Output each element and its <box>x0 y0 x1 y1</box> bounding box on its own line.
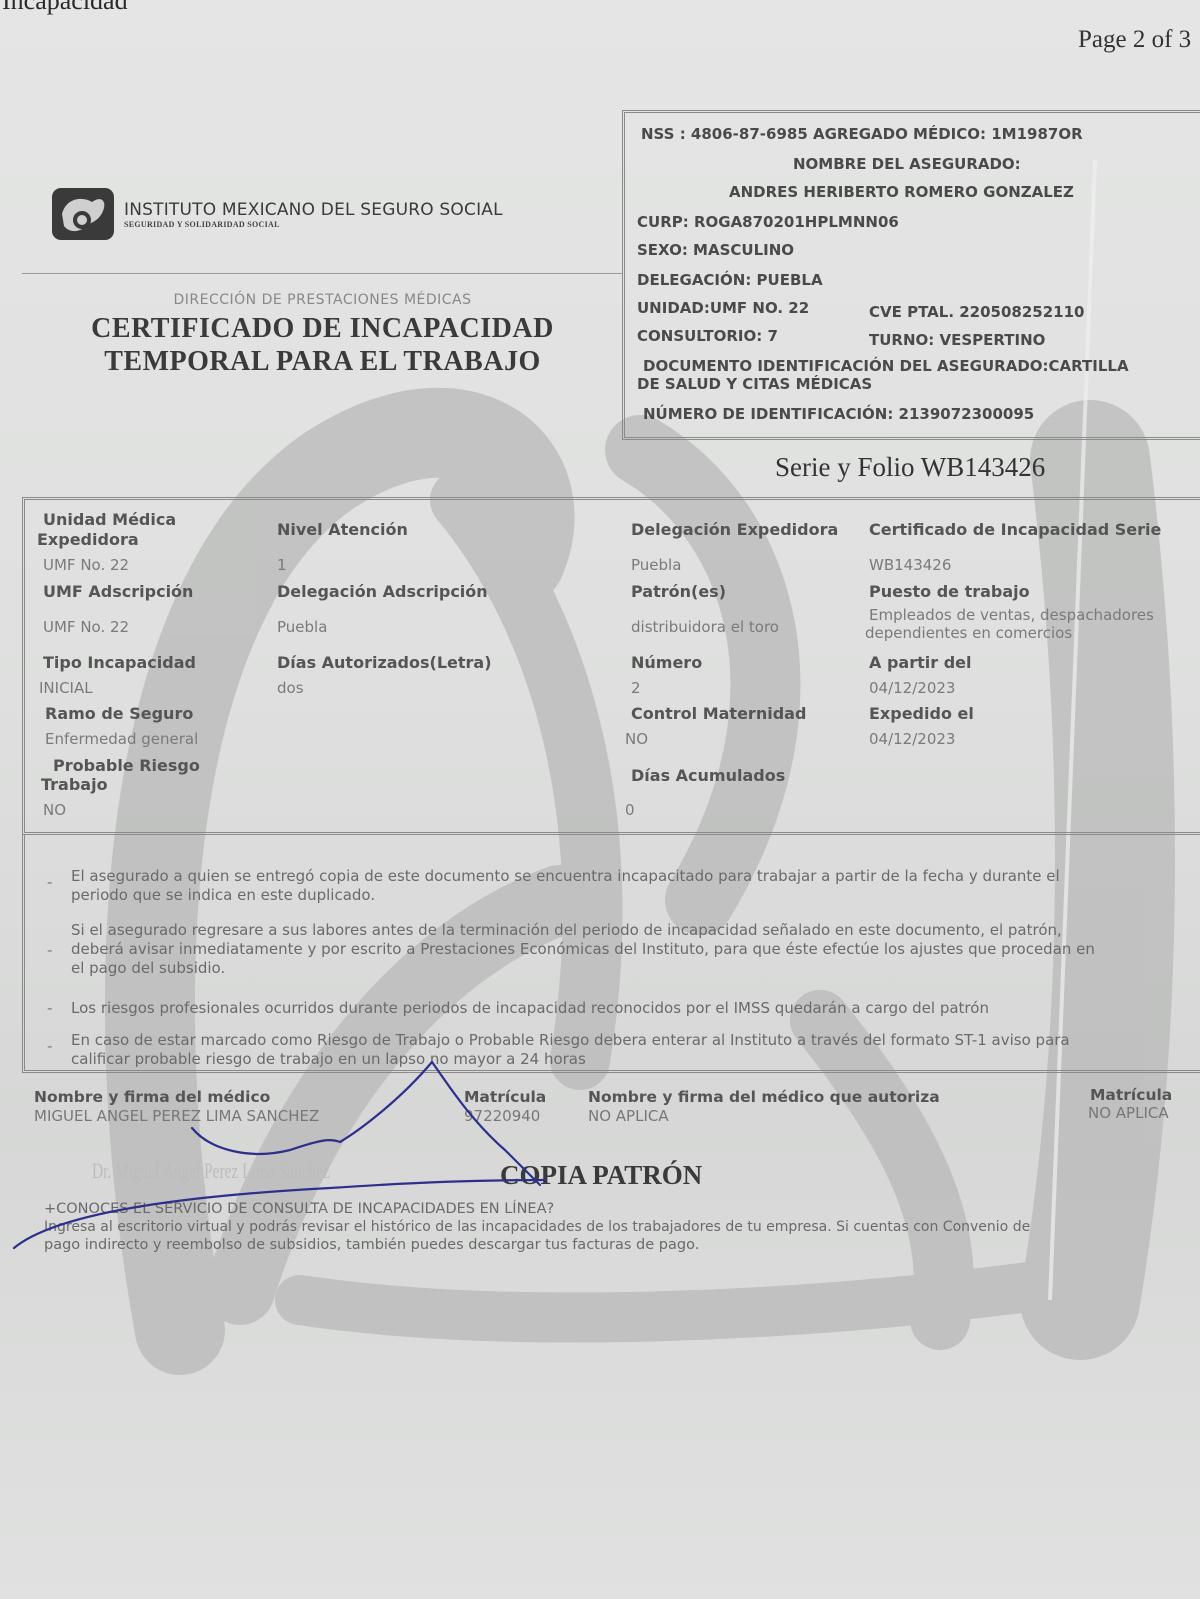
patron-label: Patrón(es) <box>631 582 726 601</box>
dias-acumulados-value: 0 <box>625 801 635 819</box>
institution-motto: SEGURIDAD Y SOLIDARIDAD SOCIAL <box>124 220 503 229</box>
turno: TURNO: VESPERTINO <box>869 331 1045 349</box>
cve-ptal: CVE PTAL. 220508252110 <box>869 303 1084 321</box>
title-line-2: TEMPORAL PARA EL TRABAJO <box>0 345 645 378</box>
expedido-label: Expedido el <box>869 704 974 723</box>
tipo-incapacidad-value: INICIAL <box>39 679 93 697</box>
numero-value: 2 <box>631 679 641 697</box>
insured-name: ANDRES HERIBERTO ROMERO GONZALEZ <box>729 183 1074 201</box>
delegacion-adscripcion-label: Delegación Adscripción <box>277 582 488 601</box>
delegacion: DELEGACIÓN: PUEBLA <box>637 271 823 289</box>
page-indicator: Page 2 of 3 <box>1078 26 1191 54</box>
imss-eagle-icon <box>52 188 114 240</box>
cert-serie-label: Certificado de Incapacidad Serie <box>869 520 1161 539</box>
delegacion-adscripcion-value: Puebla <box>277 618 327 636</box>
puesto-label: Puesto de trabajo <box>869 582 1030 601</box>
riesgo-label-2: Trabajo <box>41 775 108 794</box>
matricula-label: Matrícula <box>464 1088 546 1106</box>
dias-letra-value: dos <box>277 679 304 697</box>
institution-name: INSTITUTO MEXICANO DEL SEGURO SOCIAL <box>124 200 503 220</box>
promo-line-2: Ingresa al escritorio virtual y podrás r… <box>44 1218 1030 1236</box>
medico-autoriza-label: Nombre y firma del médico que autoriza <box>588 1088 940 1106</box>
unidad-medica-label-1: Unidad Médica <box>43 510 176 529</box>
curp: CURP: ROGA870201HPLMNN06 <box>637 213 899 231</box>
nss-line: NSS : 4806-87-6985 AGREGADO MÉDICO: 1M19… <box>641 125 1083 143</box>
delegacion-expedidora-value: Puebla <box>631 556 681 574</box>
note-2: Si el asegurado regresare a sus labores … <box>71 921 1181 978</box>
umf-adscripcion-label: UMF Adscripción <box>43 582 193 601</box>
promo-line-3: pago indirecto y reembolso de subsidios,… <box>44 1236 699 1254</box>
insured-name-label: NOMBRE DEL ASEGURADO: <box>793 155 1021 173</box>
puesto-value-line-1: Empleados de ventas, despachadores <box>869 606 1154 624</box>
control-maternidad-label: Control Maternidad <box>631 704 806 723</box>
expedido-value: 04/12/2023 <box>869 730 955 748</box>
imss-logo: INSTITUTO MEXICANO DEL SEGURO SOCIAL SEG… <box>52 188 503 240</box>
unidad-medica-label-2: Expedidora <box>37 530 139 549</box>
dias-acumulados-label: Días Acumulados <box>631 766 785 785</box>
patron-value: distribuidora el toro <box>631 618 779 636</box>
matricula-2-value: NO APLICA <box>1088 1104 1169 1122</box>
direction-label: DIRECCIÓN DE PRESTACIONES MÉDICAS <box>0 292 645 308</box>
copy-label: COPIA PATRÓN <box>500 1160 702 1191</box>
dias-letra-label: Días Autorizados(Letra) <box>277 653 492 672</box>
nivel-atencion-value: 1 <box>277 556 287 574</box>
header-divider <box>22 273 622 274</box>
ramo-value: Enfermedad general <box>45 730 198 748</box>
umf-adscripcion-value: UMF No. 22 <box>43 618 129 636</box>
documento-line-2: DE SALUD Y CITAS MÉDICAS <box>637 375 872 393</box>
unidad-medica-value: UMF No. 22 <box>43 556 129 574</box>
title-line-1: CERTIFICADO DE INCAPACIDAD <box>0 312 645 345</box>
nivel-atencion-label: Nivel Atención <box>277 520 408 539</box>
medico-autoriza-value: NO APLICA <box>588 1107 669 1125</box>
riesgo-label-1: Probable Riesgo <box>53 756 200 775</box>
unidad: UNIDAD:UMF NO. 22 <box>637 299 809 317</box>
notes-section: - El asegurado a quien se entregó copia … <box>22 835 1200 1073</box>
numero-identificacion: NÚMERO DE IDENTIFICACIÓN: 2139072300095 <box>643 405 1034 423</box>
insured-info-box: NSS : 4806-87-6985 AGREGADO MÉDICO: 1M19… <box>622 110 1200 440</box>
numero-label: Número <box>631 653 702 672</box>
a-partir-label: A partir del <box>869 653 971 672</box>
document-heading: Incapacidad <box>2 0 128 16</box>
control-maternidad-value: NO <box>625 730 648 748</box>
doctor-stamp: Dr. Miguel Angel Perez Lima Sanchez <box>92 1158 330 1184</box>
note-4: En caso de estar marcado como Riesgo de … <box>71 1031 1181 1069</box>
consultorio: CONSULTORIO: 7 <box>637 327 778 345</box>
promo-line-1: +CONOCES EL SERVICIO DE CONSULTA DE INCA… <box>44 1200 554 1218</box>
delegacion-expedidora-label: Delegación Expedidora <box>631 520 838 539</box>
medico-label: Nombre y firma del médico <box>34 1088 270 1106</box>
certificate-title: CERTIFICADO DE INCAPACIDAD TEMPORAL PARA… <box>0 312 645 378</box>
documento-line-1: DOCUMENTO IDENTIFICACIÓN DEL ASEGURADO:C… <box>643 357 1129 375</box>
certificate-fields: Unidad Médica Expedidora UMF No. 22 Nive… <box>22 497 1200 835</box>
note-1: El asegurado a quien se entregó copia de… <box>71 867 1181 905</box>
sexo: SEXO: MASCULINO <box>637 241 794 259</box>
medico-name: MIGUEL ANGEL PEREZ LIMA SANCHEZ <box>34 1107 319 1125</box>
matricula-2-label: Matrícula <box>1090 1086 1172 1104</box>
puesto-value-line-2: dependientes en comercios <box>865 624 1072 642</box>
serie-folio: Serie y Folio WB143426 <box>775 452 1045 483</box>
riesgo-value: NO <box>43 801 66 819</box>
note-3: Los riesgos profesionales ocurridos dura… <box>71 999 1181 1018</box>
cert-serie-value: WB143426 <box>869 556 951 574</box>
matricula-value: 97220940 <box>464 1107 540 1125</box>
a-partir-value: 04/12/2023 <box>869 679 955 697</box>
ramo-label: Ramo de Seguro <box>45 704 193 723</box>
tipo-incapacidad-label: Tipo Incapacidad <box>43 653 196 672</box>
